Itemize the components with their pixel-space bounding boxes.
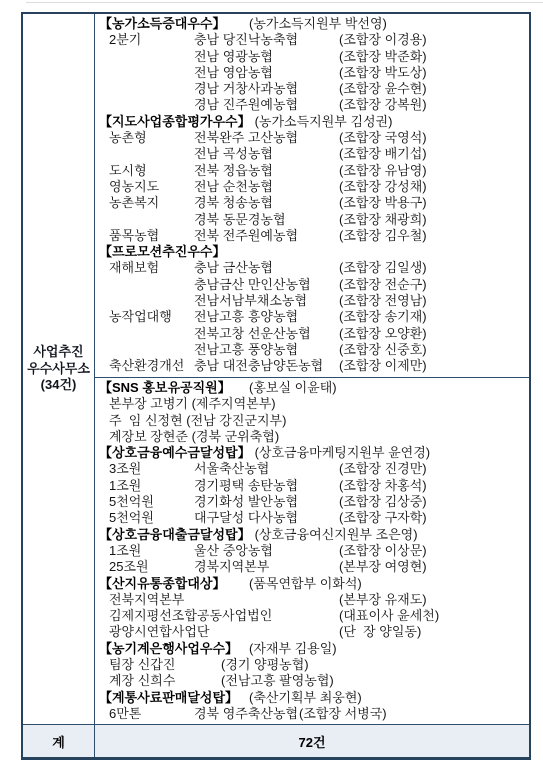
row-person: (조합장 국영석) bbox=[339, 130, 427, 145]
row-org: (전남고흥 팔영농협) bbox=[221, 673, 334, 688]
row-person: (조합장 박준화) bbox=[339, 49, 427, 64]
section-title: 【SNS 홍보유공직원】 bbox=[99, 380, 245, 396]
row-person: (조합장 윤수현) bbox=[339, 81, 427, 96]
award-row: 농촌복지경북 청송농협(조합장 박용구) bbox=[95, 195, 529, 211]
row-org: 전남 영암농협 bbox=[194, 65, 339, 81]
row-person: (본부장 유재도) bbox=[339, 592, 427, 607]
row-header-line-2: 우수사무소 bbox=[27, 361, 90, 378]
row-org: 전남고흥 흥양농협 bbox=[194, 309, 339, 325]
row-person: (조합장 오양환) bbox=[339, 326, 427, 341]
row-org: 전북완주 고산농협 bbox=[194, 130, 339, 146]
row-org: 전남서남부채소농협 bbox=[194, 293, 339, 309]
award-row: 1조원울산 중앙농협(조합장 이상문) bbox=[95, 543, 529, 559]
awards-table: 사업추진 우수사무소 (34건) 【농가소득증대우수】(농가소득지원부 박선영)… bbox=[21, 12, 531, 760]
award-row: 전북고창 선운산농협(조합장 오양환) bbox=[95, 326, 529, 342]
row-org: 경기화성 발안농협 bbox=[194, 494, 339, 510]
section-dept: (품목연합부 이화석) bbox=[249, 576, 362, 591]
section-header: 【프로모션추진우수】 bbox=[95, 244, 529, 260]
row-label: 1조원 bbox=[109, 543, 194, 559]
award-row: 전남 영암농협(조합장 박도상) bbox=[95, 65, 529, 81]
row-person: (조합장 강복원) bbox=[339, 97, 427, 112]
award-row: 전북지역본부(본부장 유재도) bbox=[95, 592, 529, 608]
row-label: 농작업대행 bbox=[109, 309, 194, 325]
row-person: (조합장 채광희) bbox=[339, 212, 427, 227]
section-dept: (축산기획부 최웅현) bbox=[249, 690, 362, 705]
row-org: 전남 곡성농협 bbox=[194, 146, 339, 162]
award-row: 전남서남부채소농협(조합장 전영남) bbox=[95, 293, 529, 309]
section-title: 【계통사료판매달성탑】 bbox=[99, 690, 245, 706]
section-title: 【지도사업종합평가우수】 bbox=[99, 114, 251, 130]
row-person: (조합장 이경용) bbox=[339, 32, 427, 47]
row-label: 25조원 bbox=[109, 559, 194, 575]
row-person: (조합장 진경만) bbox=[339, 461, 427, 476]
section-header: 【상호금융대출금달성탑】(상호금융여신지원부 조은영) bbox=[95, 527, 529, 543]
section-title: 【농가소득증대우수】 bbox=[99, 16, 245, 32]
row-org: 울산 중앙농협 bbox=[194, 543, 339, 559]
award-row: 축산환경개선충남 대전충남양돈농협(조합장 이제만) bbox=[95, 358, 529, 374]
section-header: 【상호금융예수금달성탑】(상호금융마케팅지원부 윤연경) bbox=[95, 445, 529, 461]
row-label: 농촌복지 bbox=[109, 195, 194, 211]
section-dept: (홍보실 이윤태) bbox=[249, 380, 337, 395]
award-row: 본부장 고병기 (제주지역본부) bbox=[95, 396, 529, 412]
row-org: 충남 금산농협 bbox=[194, 260, 339, 276]
section-title: 【산지유통종합대상】 bbox=[99, 576, 245, 592]
row-person: (조합장 송기재) bbox=[339, 309, 427, 324]
row-label: 5천억원 bbox=[109, 510, 194, 526]
row-person: (조합장 박용구) bbox=[339, 195, 427, 210]
row-label: 영농지도 bbox=[109, 179, 194, 195]
award-row: 도시형전북 정읍농협(조합장 유남영) bbox=[95, 163, 529, 179]
section-dept: (농가소득지원부 김성권) bbox=[255, 114, 393, 129]
award-row: 3조원서울축산농협(조합장 진경만) bbox=[95, 461, 529, 477]
award-row: 재해보험충남 금산농협(조합장 김일생) bbox=[95, 260, 529, 276]
award-row: 김제지평선조합공동사업법인(대표이사 윤세천) bbox=[95, 608, 529, 624]
row-org: 경북 청송농협 bbox=[194, 195, 339, 211]
section-header: 【농가소득증대우수】(농가소득지원부 박선영) bbox=[95, 16, 529, 32]
row-person: (단 장 양일동) bbox=[339, 624, 421, 639]
row-person: (조합장 차홍석) bbox=[339, 478, 427, 493]
row-header-line-1: 사업추진 bbox=[33, 344, 83, 361]
award-row: 전남 곡성농협(조합장 배기섭) bbox=[95, 146, 529, 162]
row-label: 도시형 bbox=[109, 163, 194, 179]
award-row: 충남금산 만인산농협(조합장 전순구) bbox=[95, 277, 529, 293]
awards-cell-upper: 【농가소득증대우수】(농가소득지원부 박선영)2분기충남 당진낙농축협(조합장 … bbox=[95, 14, 529, 378]
section-title: 【상호금융대출금달성탑】 bbox=[99, 527, 251, 543]
row-person: (조합장 강성채) bbox=[339, 179, 427, 194]
section-dept: (자재부 김용일) bbox=[249, 641, 337, 656]
row-org: 전남 순천농협 bbox=[194, 179, 339, 195]
award-row: 경남 거창사과농협(조합장 윤수현) bbox=[95, 81, 529, 97]
section-header: 【농기계은행사업우수】(자재부 김용일) bbox=[95, 641, 529, 657]
award-row: 경북 동문경농협(조합장 채광희) bbox=[95, 212, 529, 228]
row-person: (조합장 김상중) bbox=[339, 494, 427, 509]
row-org: 전남 영광농협 bbox=[194, 49, 339, 65]
section-header: 【산지유통종합대상】(품목연합부 이화석) bbox=[95, 576, 529, 592]
section-dept: (상호금융여신지원부 조은영) bbox=[255, 527, 418, 542]
row-person: (조합장 배기섭) bbox=[339, 146, 427, 161]
row-label: 6만톤 bbox=[109, 706, 194, 722]
row-person: (대표이사 윤세천) bbox=[339, 608, 439, 623]
section-dept: (농가소득지원부 박선영) bbox=[249, 16, 387, 31]
section-dept: (상호금융마케팅지원부 윤연경) bbox=[255, 445, 431, 460]
row-org: 전북 전주원예농협 bbox=[194, 228, 339, 244]
row-org: 충남금산 만인산농협 bbox=[194, 277, 339, 293]
row-label: 2분기 bbox=[109, 32, 194, 48]
award-row: 1조원경기평택 송탄농협(조합장 차홍석) bbox=[95, 478, 529, 494]
award-row: 팀장 신갑진(경기 양평농협) bbox=[95, 657, 529, 673]
page-top-divider bbox=[26, 2, 543, 3]
row-org: (경기 양평농협) bbox=[221, 657, 309, 672]
award-row: 농촌형전북완주 고산농협(조합장 국영석) bbox=[95, 130, 529, 146]
row-org: 경남 진주원예농협 bbox=[194, 97, 339, 113]
row-org: 서울축산농협 bbox=[194, 461, 339, 477]
section-header: 【지도사업종합평가우수】(농가소득지원부 김성권) bbox=[95, 114, 529, 130]
row-label: 3조원 bbox=[109, 461, 194, 477]
award-row: 계장보 장현준 (경북 군위축협) bbox=[95, 429, 529, 445]
award-row: 전남고흥 풍양농협(조합장 신중호) bbox=[95, 342, 529, 358]
row-person: (조합장 박도상) bbox=[339, 65, 427, 80]
award-row: 계장 신희수(전남고흥 팔영농협) bbox=[95, 673, 529, 689]
section-header: 【계통사료판매달성탑】(축산기획부 최웅현) bbox=[95, 690, 529, 706]
row-org: 전북지역본부 bbox=[109, 592, 339, 608]
row-label: 5천억원 bbox=[109, 494, 194, 510]
total-row-value: 72건 bbox=[95, 724, 529, 757]
award-row: 광양시연합사업단(단 장 양일동) bbox=[95, 624, 529, 640]
row-header-count: (34건) bbox=[41, 377, 77, 394]
row-org: 대구달성 다사농협 bbox=[194, 510, 339, 526]
award-row: 5천억원대구달성 다사농협(조합장 구자학) bbox=[95, 510, 529, 526]
row-person: (조합장 유남영) bbox=[339, 163, 427, 178]
row-person: (조합장 이제만) bbox=[339, 358, 427, 373]
award-row: 25조원경북지역본부(본부장 여영현) bbox=[95, 559, 529, 575]
row-label: 재해보험 bbox=[109, 260, 194, 276]
row-header-business-promotion: 사업추진 우수사무소 (34건) bbox=[23, 14, 95, 724]
award-row: 영농지도전남 순천농협(조합장 강성채) bbox=[95, 179, 529, 195]
row-org: 김제지평선조합공동사업법인 bbox=[109, 608, 339, 624]
row-person-name: 팀장 신갑진 bbox=[109, 657, 221, 673]
section-title: 【농기계은행사업우수】 bbox=[99, 641, 245, 657]
row-person-name: 계장 신희수 bbox=[109, 673, 221, 689]
row-person: (조합장 서병국) bbox=[299, 706, 387, 721]
row-org: 경남 거창사과농협 bbox=[194, 81, 339, 97]
row-org: 충남 당진낙농축협 bbox=[194, 32, 339, 48]
award-row: 전남 영광농협(조합장 박준화) bbox=[95, 49, 529, 65]
award-row: 주 임 신정현 (전남 강진군지부) bbox=[95, 413, 529, 429]
award-row: 경남 진주원예농협(조합장 강복원) bbox=[95, 97, 529, 113]
row-person: (본부장 여영현) bbox=[339, 559, 427, 574]
section-header: 【SNS 홍보유공직원】(홍보실 이윤태) bbox=[95, 380, 529, 396]
row-org: 경북 동문경농협 bbox=[194, 212, 339, 228]
row-label: 축산환경개선 bbox=[109, 358, 194, 374]
row-person: (조합장 구자학) bbox=[339, 510, 427, 525]
row-org: 전북고창 선운산농협 bbox=[194, 326, 339, 342]
award-row: 품목농협전북 전주원예농협(조합장 김우철) bbox=[95, 228, 529, 244]
row-person: (조합장 신중호) bbox=[339, 342, 427, 357]
row-org: 경북 영주축산농협 bbox=[194, 706, 299, 722]
section-title: 【상호금융예수금달성탑】 bbox=[99, 445, 251, 461]
row-person: (조합장 김일생) bbox=[339, 260, 427, 275]
row-org: 경북지역본부 bbox=[194, 559, 339, 575]
row-label: 1조원 bbox=[109, 478, 194, 494]
row-org: 충남 대전충남양돈농협 bbox=[194, 358, 339, 374]
award-row: 2분기충남 당진낙농축협(조합장 이경용) bbox=[95, 32, 529, 48]
row-org: 전남고흥 풍양농협 bbox=[194, 342, 339, 358]
award-row: 5천억원경기화성 발안농협(조합장 김상중) bbox=[95, 494, 529, 510]
award-row: 농작업대행전남고흥 흥양농협(조합장 송기재) bbox=[95, 309, 529, 325]
row-person: (조합장 이상문) bbox=[339, 543, 427, 558]
row-org: 경기평택 송탄농협 bbox=[194, 478, 339, 494]
total-row-label: 계 bbox=[23, 724, 95, 757]
row-org: 전북 정읍농협 bbox=[194, 163, 339, 179]
award-row: 6만톤경북 영주축산농협(조합장 서병국) bbox=[95, 706, 529, 722]
awards-cell-lower: 【SNS 홍보유공직원】(홍보실 이윤태)본부장 고병기 (제주지역본부)주 임… bbox=[95, 378, 529, 724]
row-person: (조합장 전순구) bbox=[339, 277, 427, 292]
row-label: 품목농협 bbox=[109, 228, 194, 244]
row-org: 광양시연합사업단 bbox=[109, 624, 339, 640]
section-title: 【프로모션추진우수】 bbox=[99, 244, 245, 260]
row-person: (조합장 전영남) bbox=[339, 293, 427, 308]
row-person: (조합장 김우철) bbox=[339, 228, 427, 243]
row-label: 농촌형 bbox=[109, 130, 194, 146]
